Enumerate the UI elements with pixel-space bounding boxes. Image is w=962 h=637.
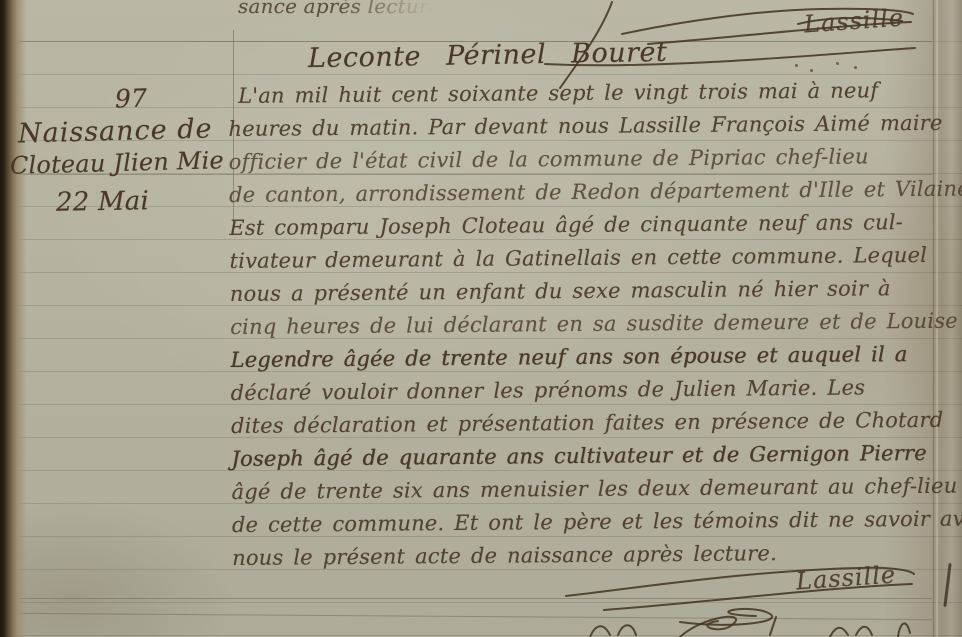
margin-act-number: 97 — [115, 83, 148, 113]
book-binding-edge — [0, 0, 30, 637]
witness-names-line: Leconte Périnel Bouret — [308, 37, 668, 74]
ink-speck — [795, 64, 798, 67]
act-body-line: cinq heures de lui déclarant en sa susdi… — [230, 305, 930, 344]
margin-act-title: Naissance de — [18, 113, 213, 149]
ink-speck — [854, 66, 857, 69]
ink-speck — [836, 62, 839, 65]
ink-speck — [810, 69, 813, 72]
margin-birth-date: 22 Mai — [56, 186, 150, 218]
next-act-partial-line — [470, 615, 930, 637]
act-body-line: dites déclaration et présentation faites… — [231, 404, 931, 443]
registry-page-scan: sance après lecture Lassille Leconte Pér… — [0, 0, 962, 637]
act-body: L'an mil huit cent soixante sept le ving… — [228, 74, 932, 575]
margin-child-name: Cloteau Jlien Mie — [10, 146, 225, 180]
previous-act-fragment: sance après lecture — [238, 0, 441, 18]
